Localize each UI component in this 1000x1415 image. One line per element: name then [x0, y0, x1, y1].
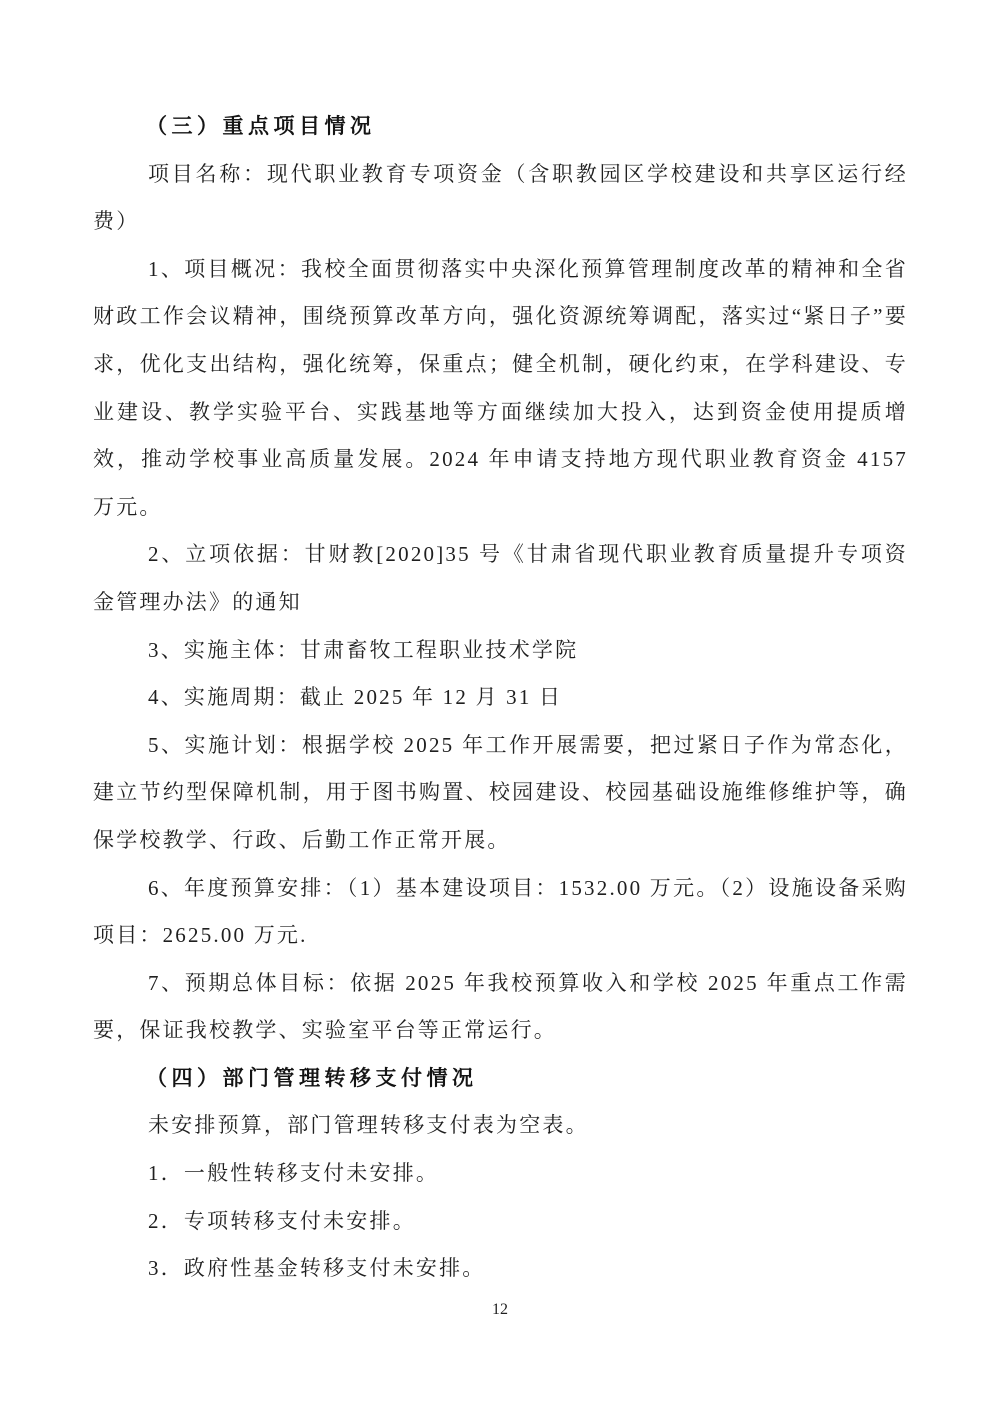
section-heading-key-projects: （三）重点项目情况 — [93, 103, 908, 151]
paragraph-implementation-period: 4、实施周期：截止 2025 年 12 月 31 日 — [93, 674, 908, 722]
paragraph-implementing-entity: 3、实施主体：甘肃畜牧工程职业技术学院 — [93, 627, 908, 675]
section-heading-transfer-payments: （四）部门管理转移支付情况 — [93, 1055, 908, 1103]
paragraph-project-basis: 2、立项依据：甘财教[2020]35 号《甘肃省现代职业教育质量提升专项资金管理… — [93, 531, 908, 626]
document-body: （三）重点项目情况 项目名称：现代职业教育专项资金（含职教园区学校建设和共享区运… — [93, 103, 908, 1293]
paragraph-general-transfer: 1．一般性转移支付未安排。 — [93, 1150, 908, 1198]
paragraph-special-transfer: 2．专项转移支付未安排。 — [93, 1198, 908, 1246]
paragraph-expected-goals: 7、预期总体目标：依据 2025 年我校预算收入和学校 2025 年重点工作需要… — [93, 960, 908, 1055]
document-page: （三）重点项目情况 项目名称：现代职业教育专项资金（含职教园区学校建设和共享区运… — [0, 0, 1000, 1415]
paragraph-project-name: 项目名称：现代职业教育专项资金（含职教园区学校建设和共享区运行经费） — [93, 151, 908, 246]
page-number: 12 — [0, 1301, 1000, 1319]
paragraph-annual-budget: 6、年度预算安排：（1）基本建设项目：1532.00 万元。（2）设施设备采购项… — [93, 865, 908, 960]
paragraph-transfer-empty-table: 未安排预算，部门管理转移支付表为空表。 — [93, 1102, 908, 1150]
paragraph-government-fund-transfer: 3．政府性基金转移支付未安排。 — [93, 1245, 908, 1293]
paragraph-implementation-plan: 5、实施计划：根据学校 2025 年工作开展需要，把过紧日子作为常态化，建立节约… — [93, 722, 908, 865]
paragraph-project-overview: 1、项目概况：我校全面贯彻落实中央深化预算管理制度改革的精神和全省财政工作会议精… — [93, 246, 908, 532]
